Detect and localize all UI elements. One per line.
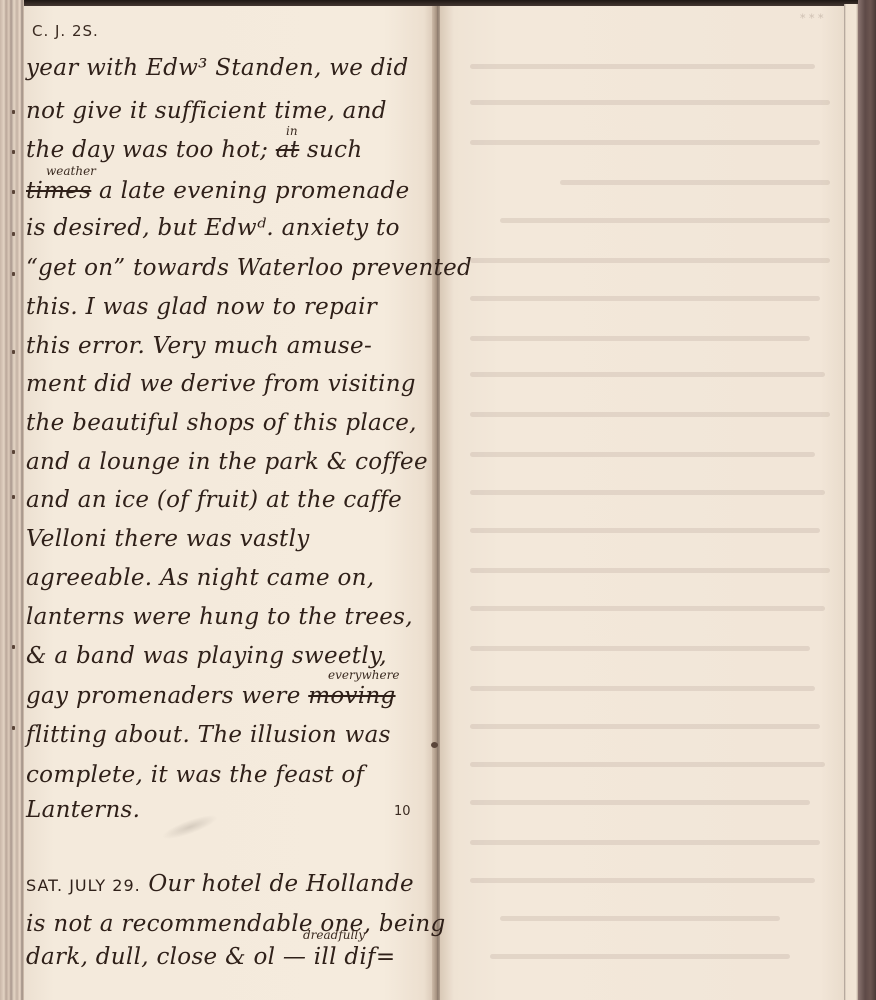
bleed-through-line	[470, 606, 825, 611]
bleed-through-line	[470, 724, 820, 729]
ink-blot	[431, 742, 438, 748]
line-17-text: gay promenaders were	[26, 683, 308, 709]
bleed-through-line	[470, 762, 825, 767]
margin-mark	[12, 726, 15, 730]
struck-word: at	[276, 137, 300, 163]
inserted-word: dreadfully	[303, 928, 365, 942]
bleed-through-line	[560, 180, 830, 185]
text-line: the beautiful shops of this place,	[26, 410, 417, 436]
text-line: year with Edw³ Standen, we did	[26, 55, 408, 81]
text-line: “get on” towards Waterloo prevented	[26, 255, 472, 281]
entry-text: Our hotel de Hollande	[148, 871, 414, 897]
text-line: complete, it was the feast of	[26, 762, 364, 788]
bleed-through-line	[470, 878, 815, 883]
text-line: not give it sufficient time, and	[26, 98, 387, 124]
book-cover-edge	[858, 0, 876, 1000]
page-header-mark: C. J. 2S.	[32, 22, 99, 40]
struck-word: times	[26, 178, 91, 204]
margin-mark	[12, 190, 15, 194]
entry-line: dark, dull, close & ol — ill dif=	[26, 944, 395, 970]
inserted-word: everywhere	[328, 668, 399, 682]
text-line: gay promenaders were moving	[26, 683, 396, 709]
bleed-through-line	[470, 568, 830, 573]
entry-line: is not a recommendable one, being	[26, 911, 446, 937]
text-line: this error. Very much amuse-	[26, 333, 372, 359]
text-line: agreeable. As night came on,	[26, 565, 374, 591]
page-number: 10	[394, 804, 411, 819]
text-line: times a late evening promenade	[26, 178, 409, 204]
text-line: Velloni there was vastly	[26, 526, 310, 552]
line-4-text: a late evening promenade	[91, 178, 409, 204]
margin-mark	[12, 350, 15, 354]
margin-mark	[12, 232, 15, 236]
bleed-through-line	[470, 528, 820, 533]
margin-mark	[12, 150, 15, 154]
entry-date: SAT. JULY 29.	[26, 876, 141, 895]
text-line: is desired, but Edwᵈ. anxiety to	[26, 215, 400, 241]
margin-mark	[12, 450, 15, 454]
bleed-through-line	[470, 412, 830, 417]
struck-word: moving	[308, 683, 395, 709]
bleed-through-line	[470, 490, 825, 495]
inserted-word: weather	[46, 164, 96, 178]
text-line: and a lounge in the park & coffee	[26, 449, 428, 475]
bleed-through-line	[470, 686, 815, 691]
margin-mark	[12, 645, 15, 649]
bleed-through-line	[470, 800, 810, 805]
bleed-through-line	[470, 296, 820, 301]
bleed-through-line	[490, 954, 790, 959]
bleed-through-line	[470, 64, 815, 69]
text-line: the day was too hot; at such	[26, 137, 362, 163]
bleed-through-line	[470, 840, 820, 845]
text-line: lanterns were hung to the trees,	[26, 604, 413, 630]
line-3-text: the day was too hot; at such	[26, 137, 362, 163]
entry-line: SAT. JULY 29. Our hotel de Hollande	[26, 871, 414, 897]
bleed-through-line	[470, 646, 810, 651]
bleed-through-line	[500, 916, 780, 921]
inserted-word: in	[286, 124, 298, 138]
bleed-through-line	[470, 452, 815, 457]
bleed-through-line	[470, 140, 820, 145]
bleed-through-line	[470, 336, 810, 341]
text-line: and an ice (of fruit) at the caffe	[26, 487, 402, 513]
right-page-edge	[844, 4, 858, 1000]
bleed-through-line	[470, 258, 830, 263]
text-line: this. I was glad now to repair	[26, 294, 377, 320]
open-journal: C. J. 2S. year with Edw³ Standen, we did…	[0, 0, 876, 1000]
bleed-through-line	[500, 218, 830, 223]
bleed-through-line	[470, 372, 825, 377]
text-line: flitting about. The illusion was	[26, 722, 391, 748]
faint-corner-mark: * * *	[800, 12, 824, 25]
right-page	[440, 6, 844, 1000]
margin-mark	[12, 495, 15, 499]
text-line: ment did we derive from visiting	[26, 371, 416, 397]
bleed-through-line	[470, 100, 830, 105]
text-line: & a band was playing sweetly,	[26, 643, 387, 669]
margin-mark	[12, 110, 15, 114]
text-line: Lanterns.	[26, 797, 140, 823]
margin-mark	[12, 272, 15, 276]
